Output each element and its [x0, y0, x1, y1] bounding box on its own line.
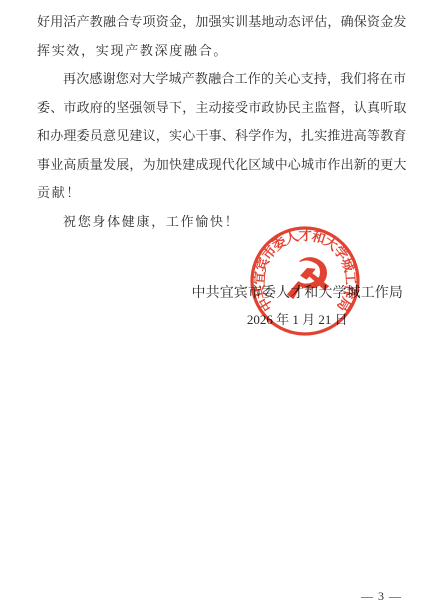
body-line: 和办理委员意见建议，实心干事、科学作为，扎实推进高等教育	[37, 122, 398, 151]
official-seal: 中共宜宾市委人才和大学城工作局 ☭	[243, 219, 367, 343]
body-line: 好用活产教融合专项资金，加强实训基地动态评估，确保资金发	[37, 8, 398, 37]
page-number: — 3 —	[361, 589, 402, 603]
body-line: 挥实效，实现产教深度融合。	[37, 37, 398, 66]
body-line: 事业高质量发展，为加快建成现代化区域中心城市作出新的更大	[37, 151, 398, 180]
document-page: 好用活产教融合专项资金，加强实训基地动态评估，确保资金发 挥实效，实现产教深度融…	[0, 0, 428, 613]
body-line: 再次感谢您对大学城产教融合工作的关心支持，我们将在市	[37, 65, 398, 94]
body-line: 委、市政府的坚强领导下，主动接受市政协民主监督，认真听取	[37, 94, 398, 123]
body-text: 好用活产教融合专项资金，加强实训基地动态评估，确保资金发 挥实效，实现产教深度融…	[37, 8, 398, 236]
body-line: 贡献！	[37, 179, 398, 208]
hammer-and-sickle-icon: ☭	[283, 248, 333, 313]
